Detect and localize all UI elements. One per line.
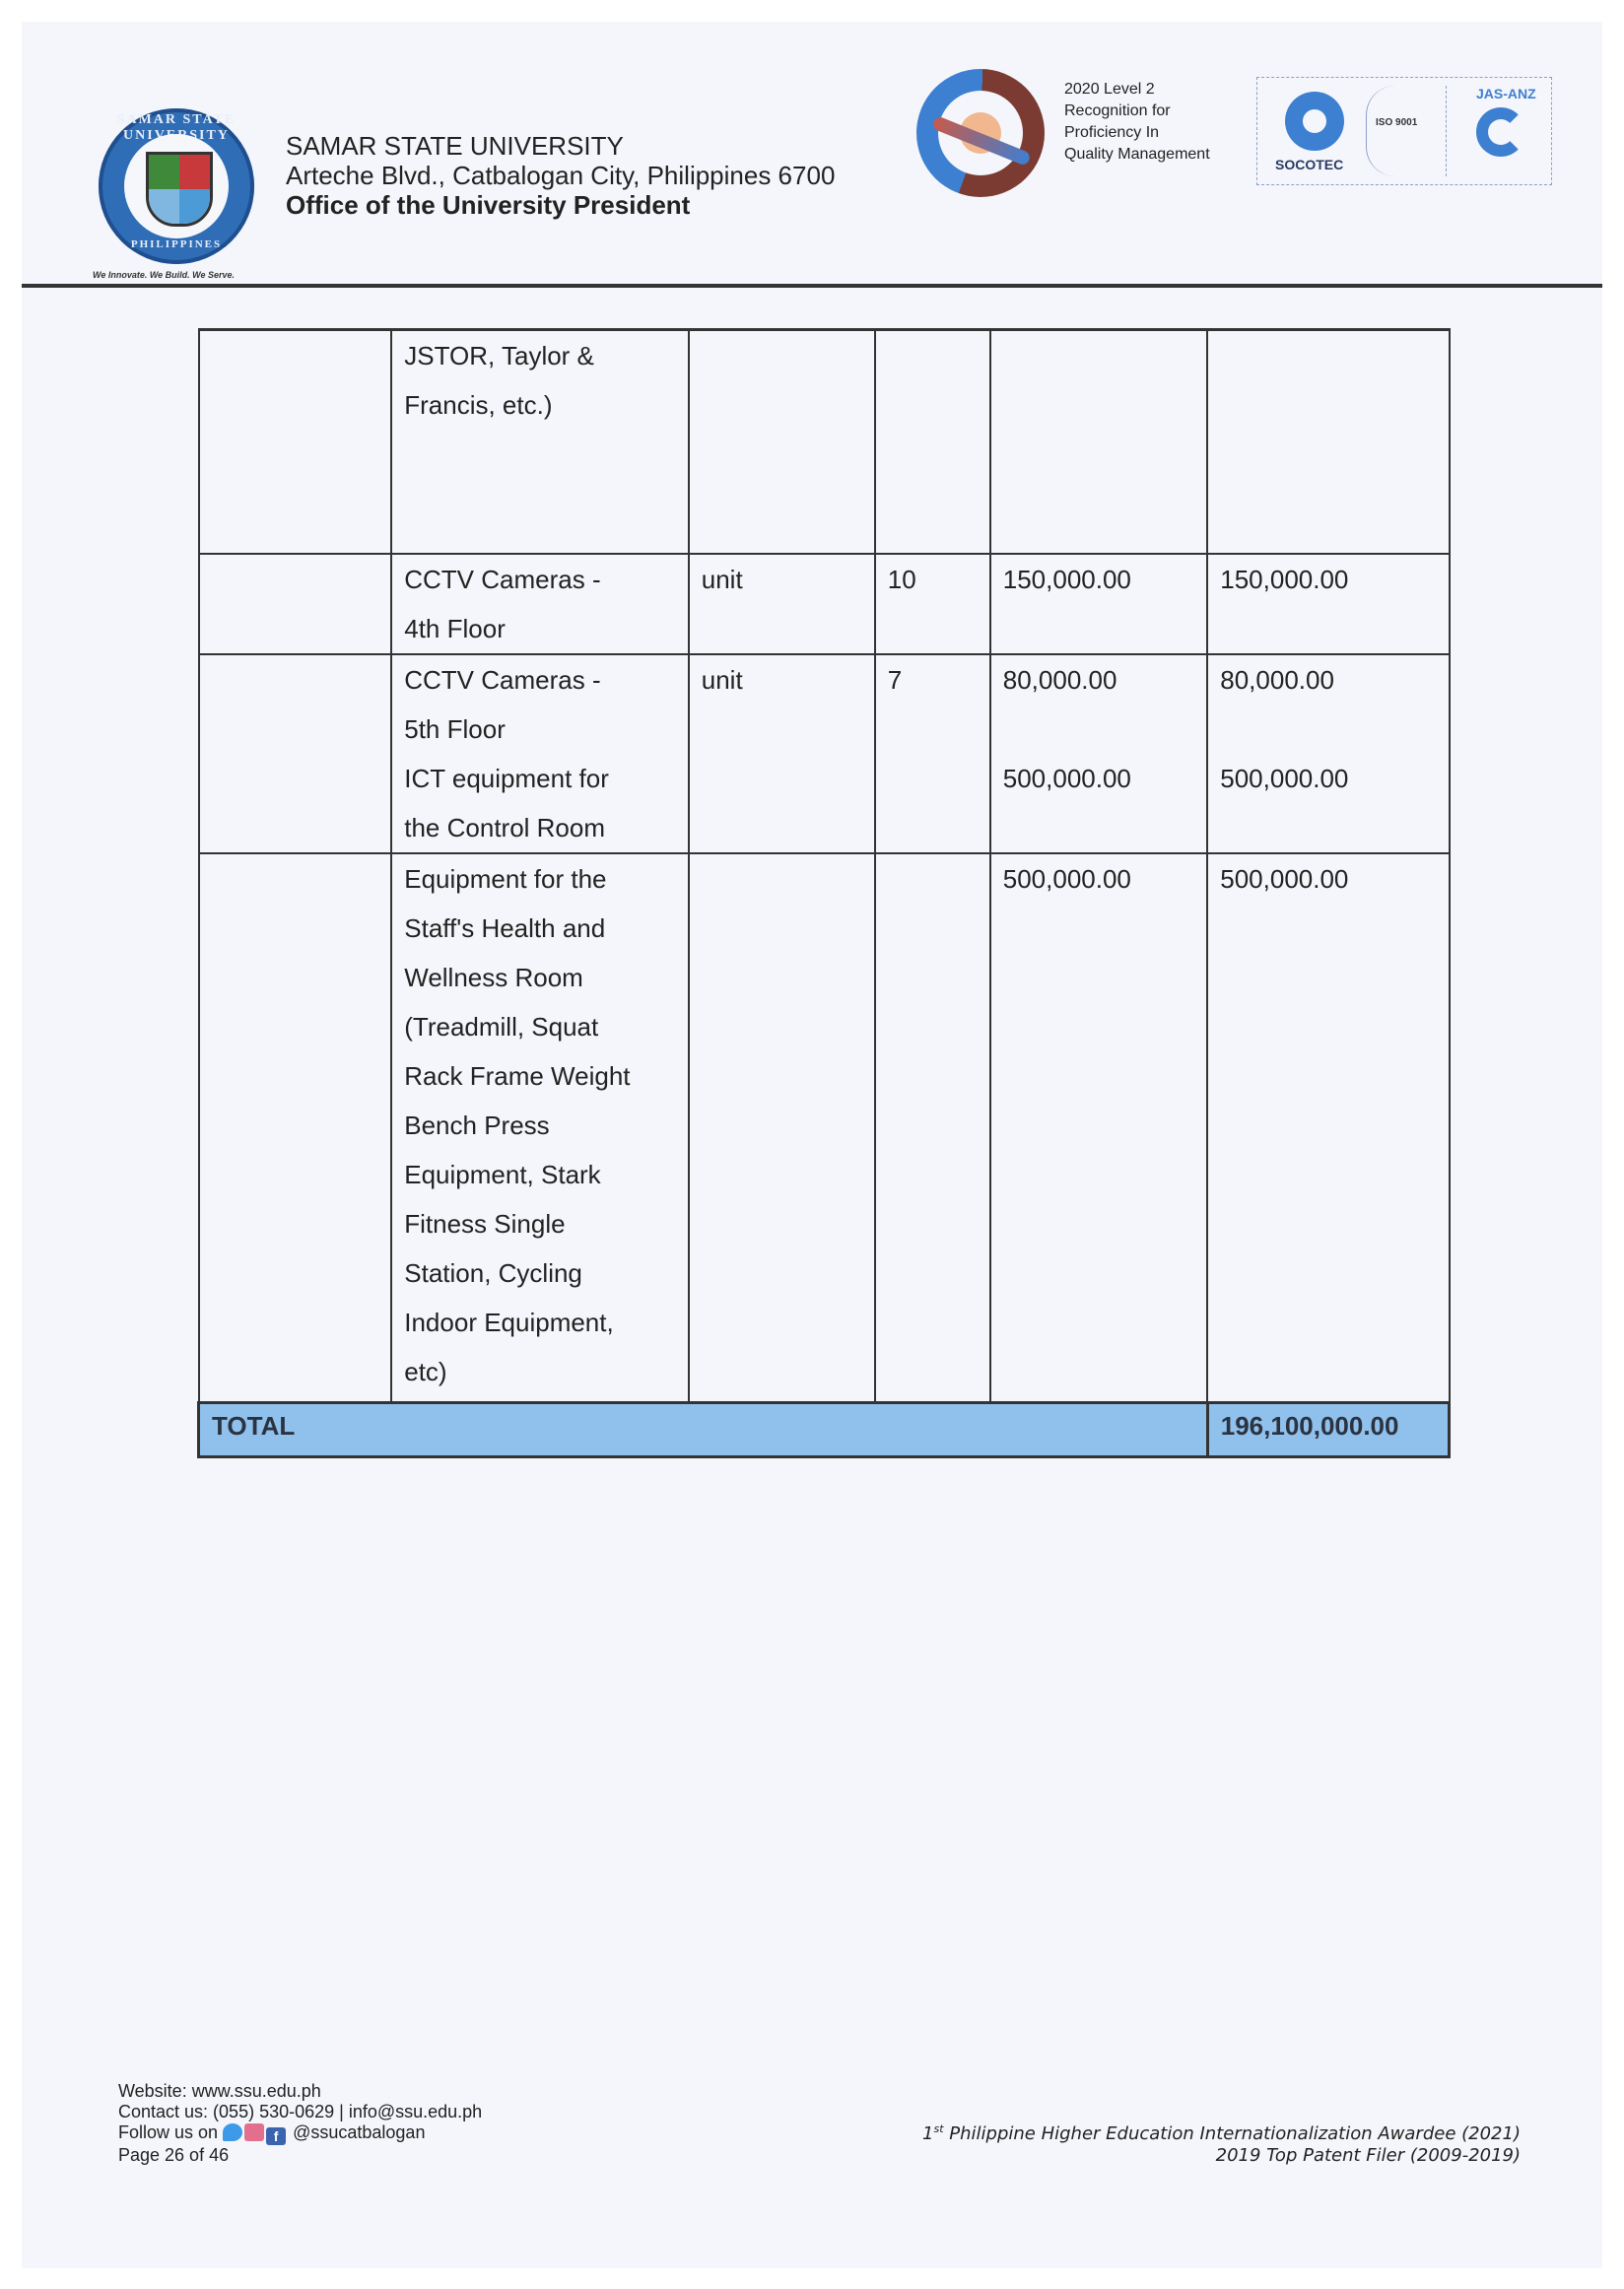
header-divider	[22, 284, 1602, 288]
award-line: Quality Management	[1064, 144, 1210, 166]
quantity-cell	[875, 330, 990, 555]
item-description: JSTOR, Taylor & Francis, etc.)	[391, 330, 689, 555]
university-logo: SAMAR STATE UNIVERSITY PHILIPPINES We In…	[93, 108, 260, 280]
facebook-icon[interactable]: f	[266, 2127, 286, 2145]
blank-cell	[199, 554, 392, 654]
accreditor-name: JAS-ANZ	[1476, 86, 1536, 101]
blank-cell	[199, 654, 392, 853]
university-name: SAMAR STATE UNIVERSITY	[286, 131, 835, 161]
quantity-cell: 10	[875, 554, 990, 654]
unit-cell	[689, 330, 875, 555]
item-description: CCTV Cameras - 4th Floor	[391, 554, 689, 654]
table-row: JSTOR, Taylor & Francis, etc.)	[199, 330, 1450, 555]
university-seal-icon: SAMAR STATE UNIVERSITY PHILIPPINES	[99, 108, 254, 264]
instagram-icon[interactable]	[244, 2123, 264, 2141]
university-address: Arteche Blvd., Catbalogan City, Philippi…	[286, 161, 835, 190]
award-line: 2020 Level 2	[1064, 79, 1210, 101]
footer-awards: 1st Philippine Higher Education Internat…	[922, 2119, 1521, 2167]
award-patent: 2019 Top Patent Filer (2009-2019)	[922, 2145, 1521, 2167]
award-internationalization: 1st Philippine Higher Education Internat…	[922, 2119, 1521, 2145]
total-label: TOTAL	[199, 1403, 1208, 1457]
total-cost-cell: 150,000.00	[1207, 554, 1449, 654]
unit-cost-cell	[990, 330, 1208, 555]
unit-cell	[689, 853, 875, 1403]
office-name: Office of the University President	[286, 190, 835, 220]
jas-anz-logo-icon	[1476, 107, 1525, 157]
footer-contact: Website: www.ssu.edu.ph Contact us: (055…	[118, 2081, 482, 2166]
total-value: 196,100,000.00	[1207, 1403, 1449, 1457]
footer-social: Follow us on f @ssucatbalogan	[118, 2122, 482, 2145]
unit-cell: unit	[689, 554, 875, 654]
certifier-name: SOCOTEC	[1275, 157, 1343, 172]
socotec-logo-icon	[1285, 92, 1344, 151]
item-description: CCTV Cameras - 5th Floor ICT equipment f…	[391, 654, 689, 853]
quality-award-logo-icon	[916, 69, 1045, 197]
award-recognition-text: 2020 Level 2 Recognition for Proficiency…	[1064, 79, 1210, 166]
total-cost-cell: 80,000.00 500,000.00	[1207, 654, 1449, 853]
seal-text-bottom: PHILIPPINES	[99, 238, 254, 250]
social-handle: @ssucatbalogan	[293, 2122, 425, 2142]
award-line: Recognition for	[1064, 101, 1210, 122]
item-description: Equipment for the Staff's Health and Wel…	[391, 853, 689, 1403]
unit-cost-cell: 150,000.00	[990, 554, 1208, 654]
quantity-cell: 7	[875, 654, 990, 853]
footer-website: Website: www.ssu.edu.ph	[118, 2081, 482, 2102]
total-row: TOTAL 196,100,000.00	[199, 1403, 1450, 1457]
twitter-icon[interactable]	[223, 2123, 242, 2141]
table-row: CCTV Cameras - 5th Floor ICT equipment f…	[199, 654, 1450, 853]
award-line: Proficiency In	[1064, 122, 1210, 144]
unit-cost-cell: 80,000.00 500,000.00	[990, 654, 1208, 853]
table-row: Equipment for the Staff's Health and Wel…	[199, 853, 1450, 1403]
table-row: CCTV Cameras - 4th Floor unit 10 150,000…	[199, 554, 1450, 654]
budget-items-table: JSTOR, Taylor & Francis, etc.) CCTV Came…	[197, 328, 1451, 1458]
unit-cell: unit	[689, 654, 875, 853]
page-number: Page 26 of 46	[118, 2145, 482, 2166]
letterhead-text: SAMAR STATE UNIVERSITY Arteche Blvd., Ca…	[286, 131, 835, 220]
total-cost-cell: 500,000.00	[1207, 853, 1449, 1403]
iso-standard: ISO 9001	[1376, 117, 1417, 128]
follow-label: Follow us on	[118, 2122, 218, 2142]
quantity-cell	[875, 853, 990, 1403]
iso-certification-badge: SOCOTEC ISO 9001 JAS-ANZ	[1256, 77, 1552, 185]
unit-cost-cell: 500,000.00	[990, 853, 1208, 1403]
shield-icon	[146, 152, 213, 227]
blank-cell	[199, 853, 392, 1403]
footer-contact-line: Contact us: (055) 530-0629 | info@ssu.ed…	[118, 2102, 482, 2122]
blank-cell	[199, 330, 392, 555]
total-cost-cell	[1207, 330, 1449, 555]
tagline: We Innovate. We Build. We Serve.	[93, 270, 260, 280]
